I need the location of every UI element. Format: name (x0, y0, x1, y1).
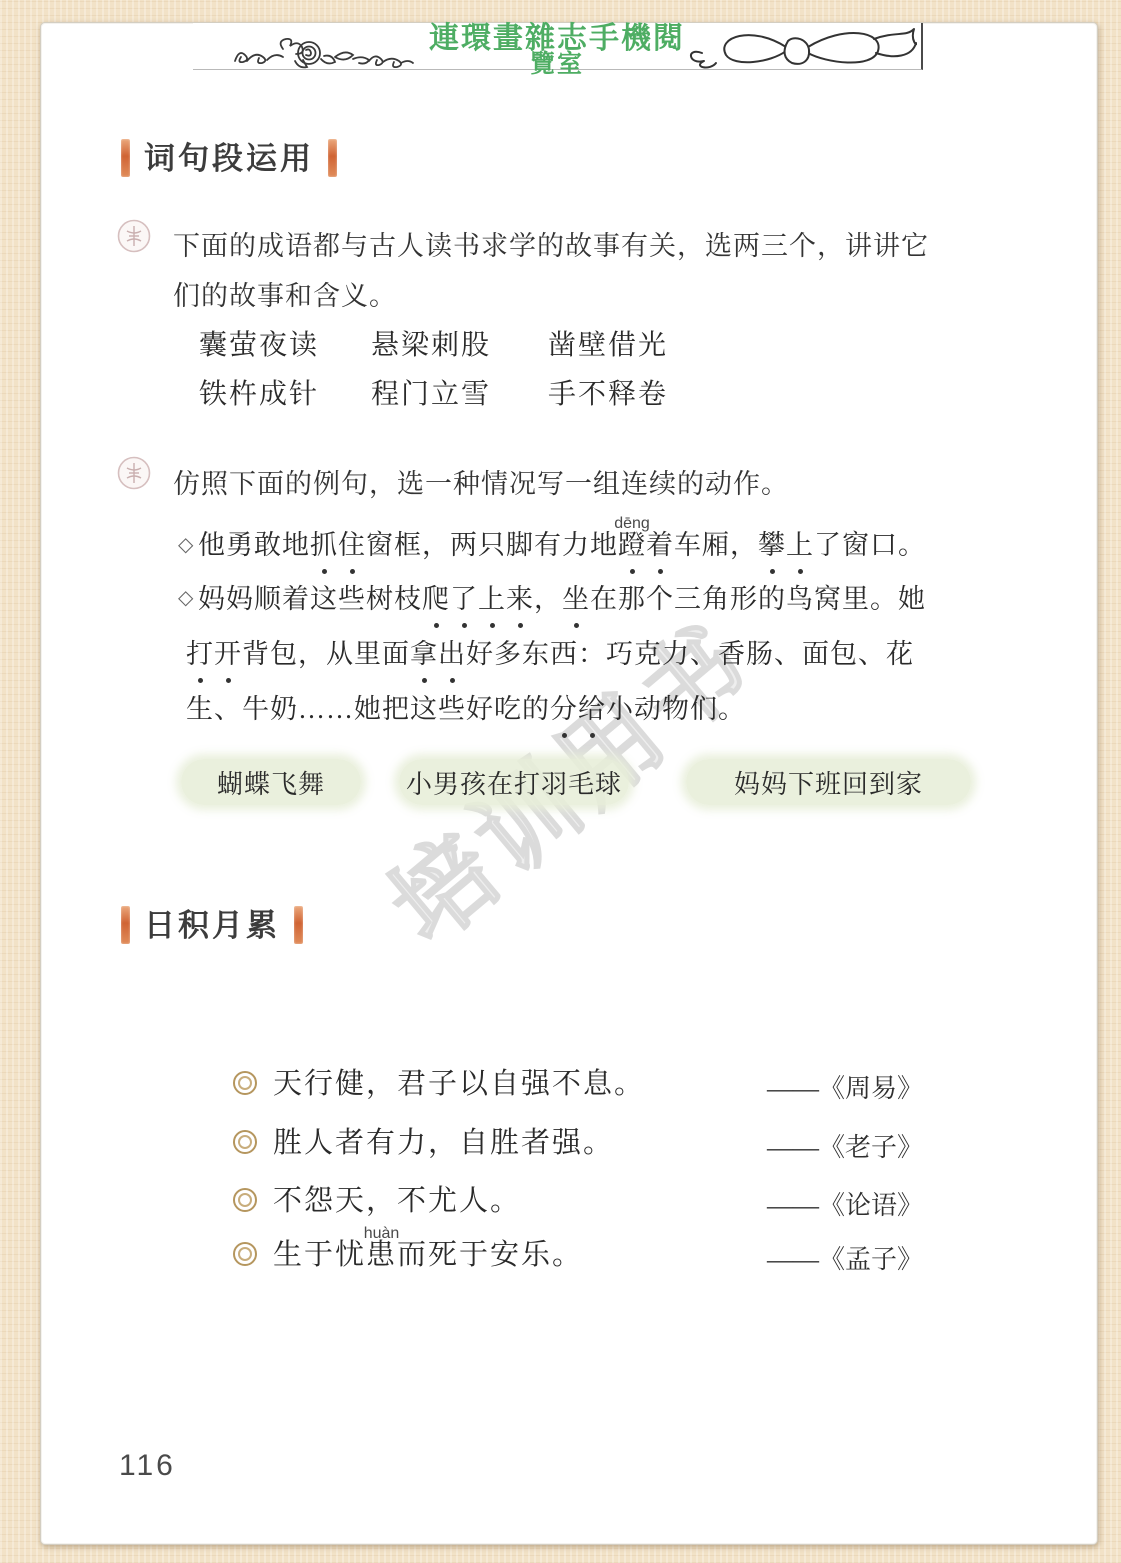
example2-line3: 生、牛奶……她把这些好吃的分给小动物们。 (186, 691, 746, 727)
rose-vine-doodle-icon (231, 35, 416, 73)
idiom: 手不释卷 (548, 378, 720, 412)
example2-line1: 妈妈顺着这些树枝爬了上来，坐在那个三角形的鸟窝里。她 (198, 581, 926, 617)
quote-row: 胜人者有力，自胜者强。 ——《老子》 (233, 1123, 614, 1167)
quote-text: 天行健，君子以自强不息。 (273, 1064, 645, 1104)
example1-line1: 他勇敢地抓住窗框，两只脚有力地蹬dēng着车厢，攀上了窗口。 (198, 527, 926, 563)
quote-source: ——《周易》 (767, 1068, 923, 1105)
quote-bullet-icon (233, 1188, 257, 1212)
accent-bar-icon (121, 139, 130, 177)
question2-text: 仿照下面的例句，选一种情况写一组连续的动作。 (173, 459, 789, 509)
pill-option: 妈妈下班回到家 (686, 759, 971, 805)
quote-source: ——《论语》 (767, 1185, 923, 1222)
idiom: 程门立雪 (371, 378, 548, 412)
accent-bar-icon (294, 906, 303, 944)
page-number: 116 (119, 1449, 176, 1483)
question-seal-icon (117, 456, 151, 490)
section-title: 日积月累 (144, 910, 280, 941)
quote-bullet-icon (233, 1071, 257, 1095)
example-diamond-icon: ◇ (178, 535, 193, 555)
quote-row: 生于忧患huàn而死于安乐。 ——《孟子》 (233, 1235, 583, 1279)
quote-text: 生于忧患huàn而死于安乐。 (273, 1235, 583, 1275)
idiom: 凿壁借光 (548, 329, 720, 363)
question1-text: 下面的成语都与古人读书求学的故事有关，选两三个，讲讲它 们的故事和含义。 (173, 221, 929, 321)
idiom: 铁杵成针 (199, 378, 371, 412)
quote-source: ——《老子》 (767, 1127, 923, 1164)
question1-line2: 们的故事和含义。 (173, 271, 929, 321)
quote-row: 天行健，君子以自强不息。 ——《周易》 (233, 1064, 645, 1108)
quote-text: 胜人者有力，自胜者强。 (273, 1123, 614, 1163)
section-heading-accumulation: 日积月累 (121, 906, 303, 944)
section-heading-word-sentence: 词句段运用 (121, 139, 337, 177)
quote-source: ——《孟子》 (767, 1239, 923, 1276)
section-title: 词句段运用 (144, 143, 314, 174)
idiom: 悬梁刺股 (371, 329, 548, 363)
banner-title-line2: 覽室 (429, 52, 685, 77)
pill-option: 蝴蝶飞舞 (181, 759, 361, 805)
textbook-page-screenshot: { "colors": { "accent_orange": "#d06434"… (0, 0, 1121, 1563)
question2-line1: 仿照下面的例句，选一种情况写一组连续的动作。 (173, 459, 789, 509)
header-banner: 連環畫雜志手機閱 覽室 (193, 23, 923, 70)
quote-bullet-icon (233, 1130, 257, 1154)
banner-title: 連環畫雜志手機閱 覽室 (429, 24, 685, 77)
question1-line1: 下面的成语都与古人读书求学的故事有关，选两三个，讲讲它 (173, 221, 929, 271)
pill-option: 小男孩在打羽毛球 (399, 759, 629, 805)
example2-line2: 打开背包，从里面拿出好多东西：巧克力、香肠、面包、花 (186, 636, 914, 672)
question-seal-icon (117, 219, 151, 253)
example-diamond-icon: ◇ (178, 588, 193, 608)
idiom-list: 囊萤夜读 悬梁刺股 凿壁借光 铁杵成针 程门立雪 手不释卷 (199, 329, 720, 412)
idiom: 囊萤夜读 (199, 329, 371, 363)
accent-bar-icon (121, 906, 130, 944)
quote-bullet-icon (233, 1242, 257, 1266)
accent-bar-icon (328, 139, 337, 177)
ribbon-bow-doodle-icon (682, 23, 917, 69)
book-page: 培训用书 連環畫雜志手機閱 覽室 (40, 22, 1098, 1545)
